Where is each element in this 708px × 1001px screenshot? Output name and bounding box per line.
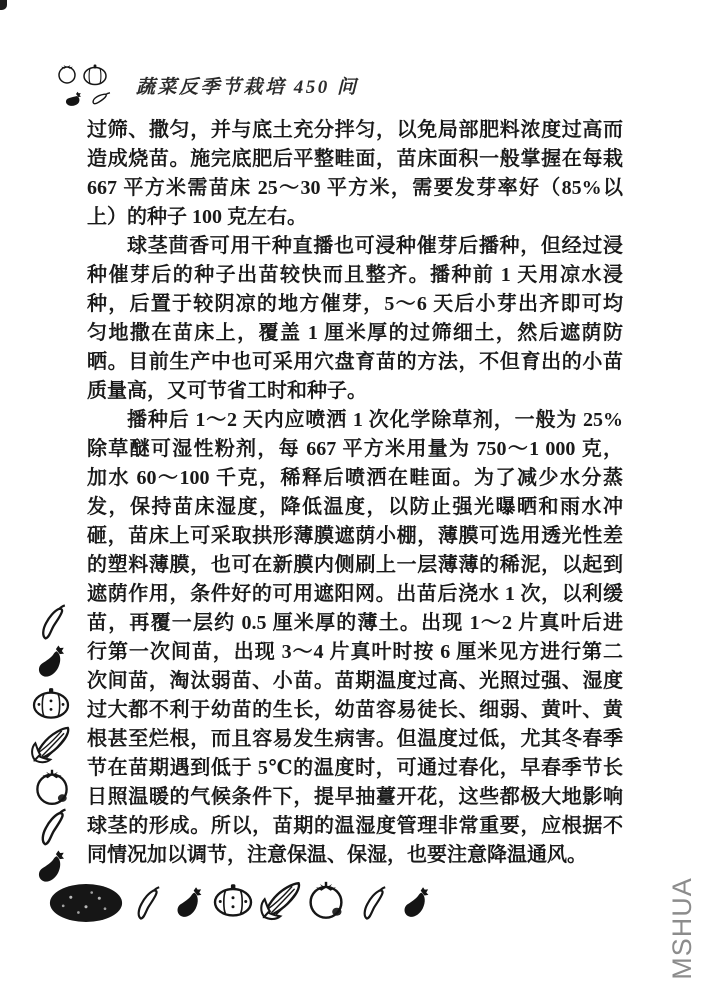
- watermark-text: MSHUA: [666, 877, 697, 980]
- cucumber-icon: [350, 884, 396, 922]
- eggplant-icon: [32, 845, 70, 887]
- eggplant-icon: [166, 882, 212, 922]
- text-line: 行第一次间苗，出现 3～4 片真叶时按 6 厘米见方进行第二: [87, 638, 623, 667]
- pumpkin-icon: [212, 882, 254, 918]
- cucumber-icon: [124, 884, 170, 922]
- text-line: 匀地撒在苗床上，覆盖 1 厘米厚的过筛细土，然后遮荫防: [87, 319, 623, 348]
- vegetables-cluster-icon: [54, 62, 120, 108]
- eggplant-icon: [32, 640, 70, 682]
- text-line: 的塑料薄膜，也可在新膜内侧刷上一层薄薄的稀泥，以起到: [87, 551, 623, 580]
- corn-icon: [256, 876, 306, 924]
- book-page: 蔬菜反季节栽培 450 问 过筛、撒匀，并与底土充分拌匀，以免局部肥料浓度过高而…: [0, 0, 708, 1001]
- text-line: 根甚至烂根，而且容易发生病害。但温度过低，尤其冬春季: [87, 725, 623, 754]
- text-line: 播种后 1～2 天内应喷洒 1 次化学除草剂，一般为 25%: [87, 406, 623, 435]
- text-line: 同情况加以调节，注意保温、保湿，也要注意降温通风。: [87, 841, 623, 870]
- text-line: 遮荫作用，条件好的可用遮阳网。出苗后浇水 1 次，以利缓: [87, 580, 623, 609]
- page-header: 蔬菜反季节栽培 450 问: [54, 60, 359, 110]
- tomato-icon: [31, 768, 73, 806]
- text-line: 节在苗期遇到低于 5℃的温度时，可通过春化，早春季节长: [87, 754, 623, 783]
- melon-icon: [48, 882, 124, 924]
- tomato-icon: [304, 880, 348, 920]
- text-line: 除草醚可湿性粉剂，每 667 平方米用量为 750～1 000 克，: [87, 435, 623, 464]
- text-line: 次间苗，淘汰弱苗、小苗。苗期温度过高、光照过强、湿度: [87, 667, 623, 696]
- text-line: 发，保持苗床湿度，降低温度，以防止强光曝晒和雨水冲: [87, 493, 623, 522]
- pumpkin-icon: [31, 686, 71, 720]
- text-line: 质量高，又可节省工时和种子。: [87, 377, 623, 406]
- text-line: 苗，再覆一层约 0.5 厘米厚的薄土。出现 1～2 片真叶后进: [87, 609, 623, 638]
- text-line: 加水 60～100 千克，稀释后喷洒在畦面。为了减少水分蒸: [87, 464, 623, 493]
- text-line: 过大都不利于幼苗的生长，幼苗容易徒长、细弱、黄叶、黄: [87, 696, 623, 725]
- text-line: 球茎的形成。所以，苗期的温湿度管理非常重要，应根据不: [87, 812, 623, 841]
- text-line: 过筛、撒匀，并与底土充分拌匀，以免局部肥料浓度过高而: [87, 116, 623, 145]
- cucumber-icon: [34, 806, 70, 848]
- text-line: 砸，苗床上可采取拱形薄膜遮荫小棚，薄膜可选用透光性差: [87, 522, 623, 551]
- text-block: 过筛、撒匀，并与底土充分拌匀，以免局部肥料浓度过高而 造成烧苗。施完底肥后平整畦…: [87, 116, 623, 870]
- corn-icon: [28, 720, 74, 768]
- paragraph-1: 过筛、撒匀，并与底土充分拌匀，以免局部肥料浓度过高而 造成烧苗。施完底肥后平整畦…: [87, 116, 623, 232]
- book-title: 蔬菜反季节栽培 450 问: [136, 72, 359, 99]
- watermark: MSHUA: [622, 868, 708, 988]
- cucumber-icon: [34, 602, 70, 642]
- text-line: 造成烧苗。施完底肥后平整畦面，苗床面积一般掌握在每栽: [87, 145, 623, 174]
- text-line: 种催芽后的种子出苗较快而且整齐。播种前 1 天用凉水浸: [87, 261, 623, 290]
- paragraph-2: 球茎茴香可用干种直播也可浸种催芽后播种，但经过浸 种催芽后的种子出苗较快而且整齐…: [87, 232, 623, 406]
- text-line: 球茎茴香可用干种直播也可浸种催芽后播种，但经过浸: [87, 232, 623, 261]
- paragraph-3: 播种后 1～2 天内应喷洒 1 次化学除草剂，一般为 25% 除草醚可湿性粉剂，…: [87, 406, 623, 870]
- scan-artifact: [0, 0, 7, 10]
- text-line: 日照温暖的气候条件下，提早抽薹开花，这些都极大地影响: [87, 783, 623, 812]
- text-line: 667 平方米需苗床 25～30 平方米，需要发芽率好（85%以: [87, 174, 623, 203]
- eggplant-icon: [392, 882, 440, 922]
- text-line: 种，后置于较阴凉的地方催芽，5～6 天后小芽出齐即可均: [87, 290, 623, 319]
- text-line: 上）的种子 100 克左右。: [87, 203, 623, 232]
- text-line: 晒。目前生产中也可采用穴盘育苗的方法，不但育出的小苗: [87, 348, 623, 377]
